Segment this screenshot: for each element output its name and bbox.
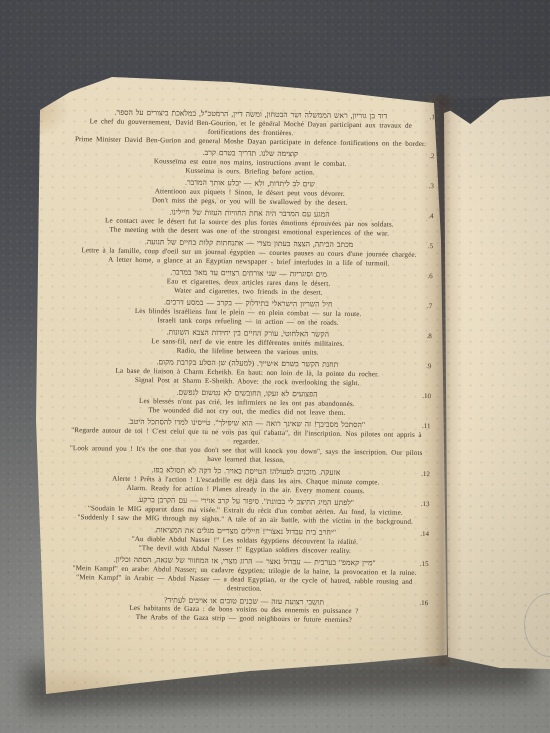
caption-number: .6	[427, 272, 432, 281]
caption-english: "Mein Kampf" in Arabic — Abdul Nasser — …	[59, 573, 429, 596]
caption-number: .5	[428, 242, 433, 251]
caption-number: .3	[429, 182, 434, 191]
caption-number: .4	[428, 212, 433, 221]
captions-list: דוד בן גוריון, ראש הממשלה ושר הבטחון, ומ…	[59, 107, 436, 629]
caption-entry: תושבי רצועת עזה — שכנים טובים או אויבים …	[59, 593, 429, 626]
caption-entry: המגע עם המדבר היה אחת החוויות העזות של ח…	[64, 206, 434, 239]
photo-surface: דוד בן גוריון, ראש הממשלה ושר הבטחון, ומ…	[0, 0, 550, 733]
caption-english: "Look around you ! It's the one that you…	[61, 444, 431, 467]
caption-entry: תחנת הקשר בשרם א׳שייך. (למעלה) שן הסלע ב…	[62, 356, 432, 389]
caption-entry: דוד בן גוריון, ראש הממשלה ושר הבטחון, ומ…	[65, 107, 435, 149]
caption-number: .14	[420, 530, 429, 539]
caption-number: .2	[429, 152, 434, 161]
caption-number: .7	[427, 302, 432, 311]
caption-entry: מים וסיגריות — שני אורחים רצויים עד מאד …	[63, 266, 433, 299]
caption-number: .9	[426, 362, 431, 371]
caption-number: .16	[419, 599, 428, 608]
caption-entry: הפצועים לא זעקו, החובשים לא נטשום לנפשם.…	[62, 386, 432, 419]
caption-entry: קוצימה שלנו. תדריך בטרם קרב..2Kousseïma …	[65, 146, 435, 179]
caption-number: .8	[427, 332, 432, 341]
caption-entry: "לפתע המיג התיצב לי בכוונת". סיפור על קר…	[60, 494, 430, 527]
caption-number: .10	[422, 392, 431, 401]
caption-number: .12	[421, 470, 430, 479]
caption-number: .1	[430, 113, 435, 122]
caption-entry: מכתב הביתה, הצצה בעתון מצרי — אתנחתות קל…	[64, 236, 434, 269]
caption-entry: הקשר האלחוטי, עורק החיים בין יחידות הצבא…	[63, 326, 433, 359]
caption-number: .15	[420, 560, 429, 569]
caption-number: .11	[422, 422, 431, 431]
caption-entry: חיל השריון הישראלי בתידלוק — בקרב — במסע…	[63, 296, 433, 329]
caption-entry: "הסתכל מסביבך! זה שאינך רואה — הוא שיפיל…	[61, 416, 432, 467]
caption-entry: שים לב ליתדות, ולא — יבלע אותך המדבר..3A…	[65, 176, 435, 209]
caption-number: .13	[421, 500, 430, 509]
caption-entry: "מיין קאמפ" בערבית — עבדול נאצר — הרוג מ…	[59, 554, 429, 596]
caption-entry: אזעקה. מוכנים לפעולה! הטייסת באויר. כל ד…	[61, 464, 431, 497]
caption-entry: "יחרב בית עבדול נאצר"! חיילים מצריים מגל…	[60, 524, 430, 557]
